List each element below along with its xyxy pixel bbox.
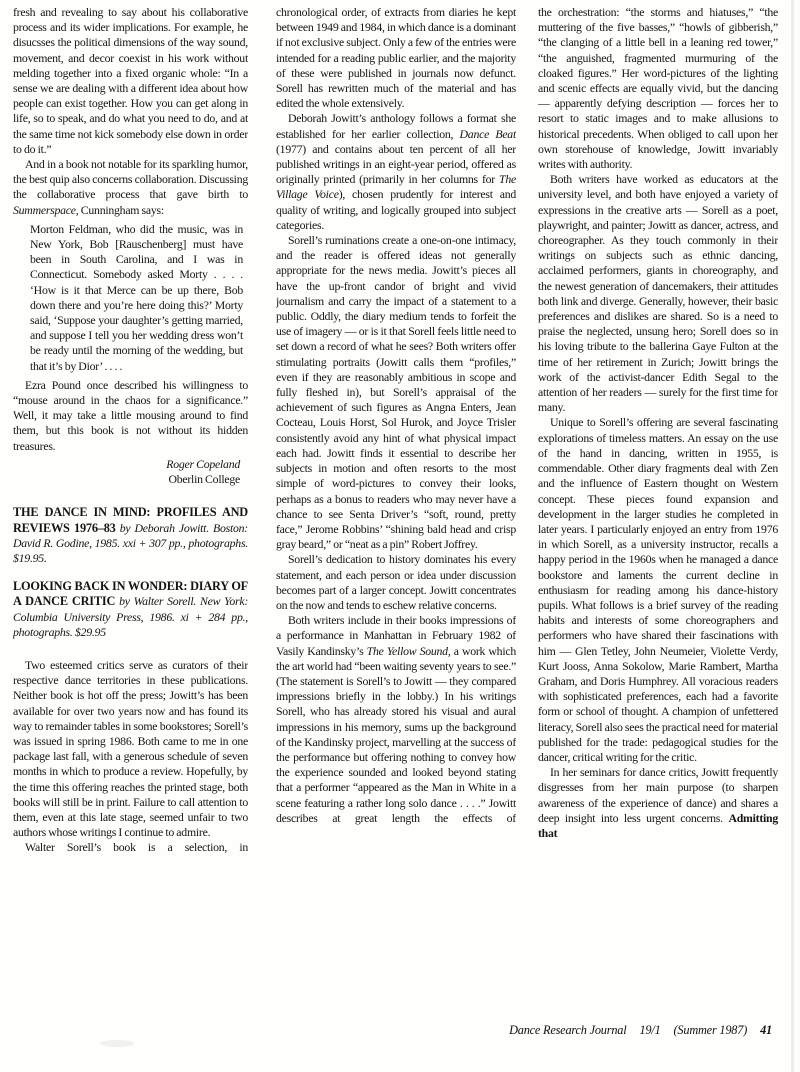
book-review-heading: THE DANCE IN MIND: PROFILES AND REVIEWS … xyxy=(13,505,248,566)
paragraph-continuation: the orchestration: “the storms and hiatu… xyxy=(538,5,778,172)
paragraph-continuation: fresh and revealing to say about his col… xyxy=(13,5,248,157)
paragraph: Sorell’s dedication to history dominates… xyxy=(276,552,516,613)
journal-page: fresh and revealing to say about his col… xyxy=(0,0,800,1072)
page-content: fresh and revealing to say about his col… xyxy=(13,5,778,1017)
paragraph: And in a book not notable for its sparkl… xyxy=(13,157,248,218)
issue-number: 19/1 xyxy=(639,1023,660,1038)
issue-season: (Summer 1987) xyxy=(674,1023,748,1038)
book-review-heading: LOOKING BACK IN WONDER: DIARY OF A DANCE… xyxy=(13,579,248,640)
text-run: Cunningham says: xyxy=(78,203,163,217)
paragraph: Both writers have worked as educators at… xyxy=(538,172,778,415)
paragraph: Deborah Jowitt’s anthology follows a for… xyxy=(276,111,516,233)
reviewer-affiliation: Oberlin College xyxy=(13,472,240,487)
paragraph: Ezra Pound once described his willingnes… xyxy=(13,378,248,454)
work-title: The Yellow Sound, xyxy=(367,644,451,658)
paragraph: Walter Sorell’s book is a selection, in xyxy=(13,840,248,855)
paragraph: Sorell’s ruminations create a one-on-one… xyxy=(276,233,516,552)
journal-footer: Dance Research Journal 19/1 (Summer 1987… xyxy=(509,1023,772,1038)
paragraph-continuation: chronological order, of extracts from di… xyxy=(276,5,516,111)
paragraph: Unique to Sorell’s offering are several … xyxy=(538,415,778,765)
work-title: Dance Beat xyxy=(460,127,516,141)
scan-smudge-artifact xyxy=(100,1040,134,1047)
paragraph: Two esteemed critics serve as curators o… xyxy=(13,658,248,840)
text-run: a work which the art world had “been wai… xyxy=(276,644,516,825)
journal-title: Dance Research Journal xyxy=(509,1023,626,1038)
reviewer-name: Roger Copeland xyxy=(13,457,240,472)
column-middle: chronological order, of extracts from di… xyxy=(276,5,516,1017)
page-number: 41 xyxy=(760,1023,772,1038)
reviewer-signature: Roger Copeland Oberlin College xyxy=(13,457,248,487)
block-quote: Morton Feldman, who did the music, was i… xyxy=(30,222,243,374)
text-run: (1977) and contains about ten percent of… xyxy=(276,142,516,186)
column-left: fresh and revealing to say about his col… xyxy=(13,5,248,1017)
paragraph: Both writers include in their books impr… xyxy=(276,613,516,826)
text-run: And in a book not notable for its sparkl… xyxy=(13,157,248,201)
scan-edge-artifact xyxy=(791,0,794,1072)
work-title: Summerspace, xyxy=(13,203,78,217)
column-right: the orchestration: “the storms and hiatu… xyxy=(538,5,778,1017)
paragraph: In her seminars for dance critics, Jowit… xyxy=(538,765,778,841)
